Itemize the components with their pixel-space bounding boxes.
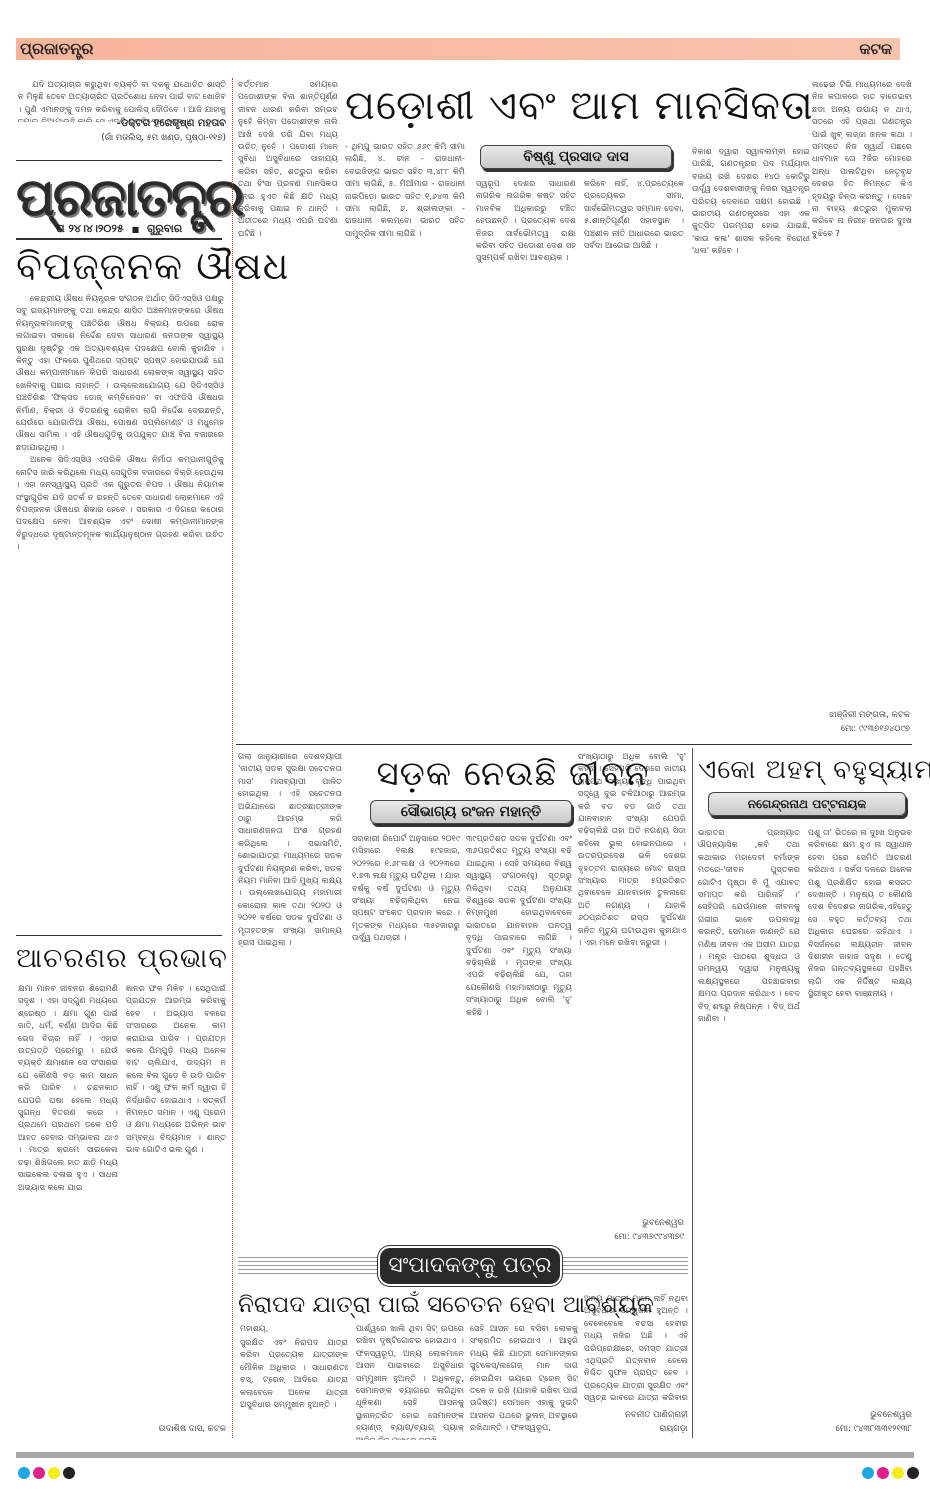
masthead-separator: ■	[132, 225, 140, 234]
yellow-dot-icon	[892, 1467, 904, 1479]
letters-column-2: ପାର୍ଶ୍ୱରେ ଖାଲି ଥିବା ସିଟ୍ ଉପରେ ରଖିବା ଦୃଷ୍…	[356, 1322, 464, 1440]
black-dot-icon	[63, 1467, 75, 1479]
letters-column-3: ସେହି ଆସନ ରେ ବସିବା ଲୋକକୁ ସଂକ୍ରମିତ ହୋଇଥାଏ …	[470, 1322, 578, 1440]
divider	[16, 238, 222, 240]
letters-signature-place: ରାୟଗଡ଼ା	[584, 1424, 688, 1434]
ekoham-column-1: ଭାରତର ପ୍ରଖ୍ୟାତ ଔପନ୍ୟାସିକ ,କବି ତଥା କଥାକାର…	[698, 826, 800, 1438]
road-column-2: ସରକାରୀ ରିପୋର୍ଟ ଅନୁସାରେ ୨୦୧୯ ମସିହାରେ ୧ଲକ୍…	[352, 832, 460, 1252]
masthead-dateline: ତା ୨୪।୪।୨୦୨୫ ■ ଗୁରୁବାର	[16, 222, 222, 236]
letters-banner: ସଂପାଦକଙ୍କୁ ପତ୍ର	[380, 1248, 560, 1284]
road-column-1: ଗଲା ଜାନୁୟାରୀରେ ଦେଶବ୍ୟାପୀ 'ଜାତୀୟ ସଡକ ସୁରକ…	[238, 750, 342, 1250]
registration-marks-right	[862, 1464, 922, 1483]
letters-column-1: ସୁରକ୍ଷିତ ଏବଂ ନିରାପଦ ଯାତ୍ରା କରିବା ପ୍ରତ୍ୟେ…	[240, 1336, 348, 1440]
ekoham-title: ଏକୋ ଅହମ୍ ବହୁସ୍ୟାମ	[698, 752, 912, 788]
quote-source: (ଗାଁ ମଜଲିସ୍, ୫ମ ଖଣ୍ଡ, ପୃଷ୍ଠା-୧୧୭)	[60, 133, 226, 143]
neighbors-byline: ବିଷ୍ଣୁ ପ୍ରସାଦ ଦାସ	[480, 145, 672, 169]
letters-column-4: ଅନ୍ୟ ଯାତ୍ରୀ ମାନେ ନାହିଁ ନଥିବା ଅସୁବିଧାର ସମ…	[584, 1292, 688, 1404]
cyan-dot-icon	[18, 1467, 30, 1479]
neighbors-column-3: ସ୍ୱରୂପ ଦେଶର ସାଧାରଣ ନାଗରିକ ନାଗରିକ କଷ୍ଟ ସହ…	[476, 177, 576, 717]
divider	[16, 935, 222, 936]
masthead-weekday: ଗୁରୁବାର	[147, 222, 182, 235]
neighbors-signature: ଝାଞ୍ଜିରୀ ମଙ୍ଗଳା, କଟକ	[812, 710, 910, 720]
cyan-dot-icon	[862, 1467, 874, 1479]
registration-marks-left	[18, 1464, 78, 1483]
conduct-column-1: କ୍ଷମା ମାନବ ଜୀବନର ଶିରୋମଣି ସଦୃଶ । ଏହା ସଦ୍‌…	[18, 982, 118, 1442]
editorial-paragraph: କେନ୍ଦ୍ରୀୟ ଔଷଧ ନିୟନ୍ତ୍ରକ ସଂଗଠନ ଅର୍ଥାତ୍ ସି…	[16, 292, 224, 453]
ekoham-byline: ନଗେନ୍ଦ୍ରନାଥ ପଟ୍ଟନାୟକ	[708, 792, 906, 816]
conduct-title: ଆଚରଣର ପ୍ରଭାବ	[16, 942, 226, 976]
ekoham-signature: ଭୁବନେଶ୍ୱର	[808, 1410, 912, 1420]
conduct-signature: ଉଦାଶିଷ ଦାସ, କଟକ	[126, 1424, 226, 1434]
letters-salutation: ମହାଶୟ,	[240, 1322, 348, 1336]
road-column-4: ସଂଖ୍ୟାଠାରୁ ଅଧିକ ବୋଲି 'ହୁ' କହିଛି । ସେହିପର…	[578, 750, 686, 1210]
divider	[16, 160, 222, 161]
column-separator	[692, 748, 693, 1438]
masthead-date: ତା ୨୪।୪।୨୦୨୫	[56, 222, 124, 235]
editorial-paragraph: ଅନେକ ସିଡିଏସ୍‌ସିଓ ଏପରିକି ଔଷଧ ନିର୍ମାତା କମ୍…	[16, 453, 224, 552]
road-phone: ମୋ: ୯୪୩୭୯୯୪୩୭୯	[578, 1232, 684, 1242]
neighbors-phone: ମୋ: ୯୯୩୭୧୬୪୦୯୭	[812, 724, 910, 734]
footer-bar	[16, 1452, 914, 1458]
letters-title: ନିରାପଦ ଯାତ୍ରା ପାଇଁ ସଚେତନ ହେବା ଆବଶ୍ୟକ	[238, 1290, 578, 1320]
header-city: କଟକ	[859, 38, 892, 60]
quote-text: ଯଦି ଅତ୍ୟାଚାର କରୁଥିବା ବ୍ୟକ୍ତି ବା ଦଳକୁ ଯଥୋ…	[18, 78, 226, 122]
magenta-dot-icon	[877, 1467, 889, 1479]
header-brand: ପ୍ରଜାତନ୍ତ୍ର	[20, 38, 93, 60]
masthead-logo: ପ୍ରଜାତନ୍ତ୍ର	[16, 168, 222, 229]
neighbors-title: ପଡ଼ୋଶୀ ଏବଂ ଆମ ମାନସିକତା	[345, 82, 685, 130]
header-bar	[16, 38, 900, 60]
column-separator	[232, 78, 233, 1438]
black-dot-icon	[907, 1467, 919, 1479]
quote-author: -ଡକ୍ଟର ହରେକୃଷ୍ଣ ମହତାବ	[60, 118, 226, 129]
neighbors-column-2: - ଥିମ୍ପୁ ଭାରତ ସହିତ ୬୬୯ କିମି ସୀମା ଲାଗିଛି,…	[345, 140, 465, 716]
neighbors-column-5: ବିକାଶ ଦ୍ୱାରା ସ୍ୱାବଲମ୍ବୀ ହୋଇ ପାରିଛି, ଗଣତନ…	[692, 145, 810, 717]
neighbors-column-6: ଲଢେଇ ଟିଭି ମାଧ୍ୟମରେ ଦେଖି ନିଜ କପାଳରେ ହାତ ବ…	[812, 78, 912, 678]
editorial-body: କେନ୍ଦ୍ରୀୟ ଔଷଧ ନିୟନ୍ତ୍ରକ ସଂଗଠନ ଅର୍ଥାତ୍ ସି…	[16, 292, 224, 922]
neighbors-column-1: ବର୍ତ୍ତମାନ ସମୟରେ ପଡୋଶୀଙ୍କ ବିନା ଶାନ୍ତିପୂର୍…	[238, 78, 338, 716]
road-byline: ସୌଭାଗ୍ୟ ରଂଜନ ମହାନ୍ତି	[370, 800, 572, 824]
neighbors-column-4: କରିବେ ନାହିଁ, ୪.ପ୍ରତ୍ୟେକେ ପ୍ରତ୍ୟେକର ସୀମା,…	[584, 177, 684, 717]
road-column-3: ୩୯ପ୍ରତିଶତ ସଡକ ଦୁର୍ଘଟଣା ଏବଂ ୩୬ପ୍ରତିଶତ ମୃତ…	[466, 832, 572, 1252]
letters-signature-name: ନବନୀତ ପାଣିଗ୍ରାହୀ	[584, 1410, 688, 1420]
magenta-dot-icon	[33, 1467, 45, 1479]
yellow-dot-icon	[48, 1467, 60, 1479]
ekoham-phone: ମୋ: ୯୪୩୮୩୩୧୨୧୩୮	[808, 1424, 912, 1434]
editorial-title: ବିପଜ୍ଜନକ ଔଷଧ	[16, 244, 226, 288]
ekoham-column-2: ପଶୁ ତା' ଭିତରେ ନା ଦୁଃଖ ଅନୁଭବ କରିବାରେ କ୍ଷମ…	[808, 826, 912, 1401]
road-signature: ଭୁବନେଶ୍ୱର	[578, 1218, 684, 1228]
conduct-column-2: ଜ୍ଞାନର ଫଳ ମିଳିବ । ସେଥିପାଇଁ ପ୍ରଯତ୍ନ ଆରମ୍ଭ…	[126, 982, 226, 1412]
divider	[236, 744, 912, 745]
